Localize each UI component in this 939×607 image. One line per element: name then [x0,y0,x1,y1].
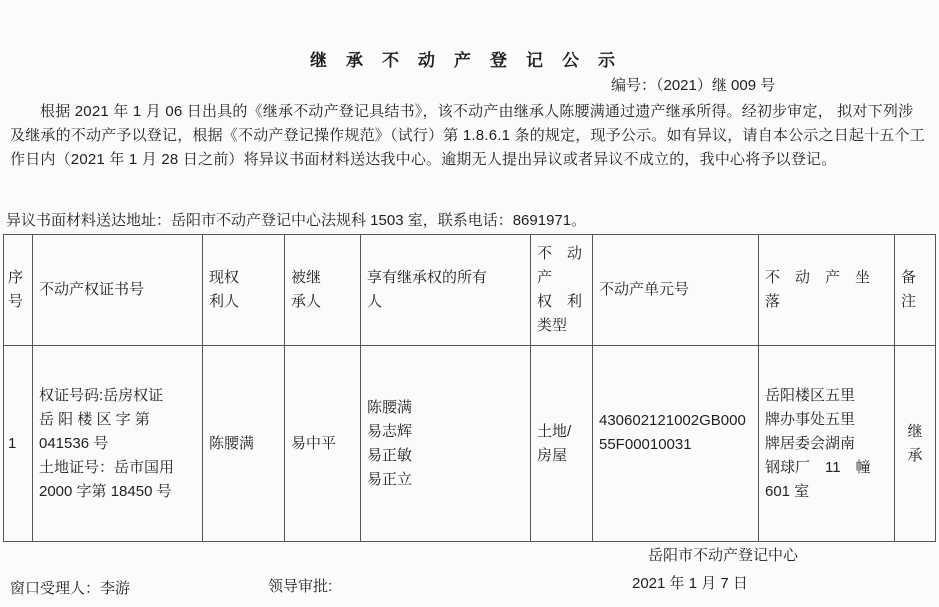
issue-date: 2021 年 1 月 7 日 [632,572,748,593]
cell-current-holder: 陈腰满 [203,346,285,542]
cell-location: 岳阳楼区五里 牌办事处五里 牌居委会湖南 钢球厂 11 幢 601 室 [759,346,895,542]
window-clerk: 窗口受理人：李游 [10,577,130,598]
leader-approval: 领导审批: [268,575,332,596]
cell-remark: 继 承 [895,346,936,542]
cell-unit-no: 430602121002GB000 55F00010031 [593,346,759,542]
document-title: 继承不动产登记公示 [310,46,634,71]
header-current-holder: 现权 利人 [203,235,285,346]
inheritance-table: 序 号 不动产权证书号 现权 利人 被继 承人 享有继承权的所有 人 不 动 产… [3,234,936,542]
cell-heirs: 陈腰满 易志辉 易正敏 易正立 [361,346,531,542]
cell-decedent: 易中平 [285,346,361,542]
issuer-name: 岳阳市不动产登记中心 [648,544,798,565]
table-row: 1 权证号码:岳房权证 岳 阳 楼 区 字 第 041536 号 土地证号：岳市… [4,346,936,542]
header-right-type: 不 动 产 权 利 类型 [531,235,593,346]
table-header-row: 序 号 不动产权证书号 现权 利人 被继 承人 享有继承权的所有 人 不 动 产… [4,235,936,346]
header-heirs: 享有继承权的所有 人 [361,235,531,346]
objection-address: 异议书面材料送达地址：岳阳市不动产登记中心法规科 1503 室，联系电话：869… [6,209,586,230]
header-unit-no: 不动产单元号 [593,235,759,346]
cell-cert-no: 权证号码:岳房权证 岳 阳 楼 区 字 第 041536 号 土地证号：岳市国用… [33,346,203,542]
header-decedent: 被继 承人 [285,235,361,346]
cell-seq: 1 [4,346,33,542]
header-remark: 备 注 [895,235,936,346]
header-cert-no: 不动产权证书号 [33,235,203,346]
header-seq: 序 号 [4,235,33,346]
notice-paragraph: 根据 2021 年 1 月 06 日出具的《继承不动产登记具结书》，该不动产由继… [10,100,928,172]
document-number: 编号：（2021）继 009 号 [611,74,775,95]
header-location: 不 动 产 坐 落 [759,235,895,346]
cell-right-type: 土地/ 房屋 [531,346,593,542]
